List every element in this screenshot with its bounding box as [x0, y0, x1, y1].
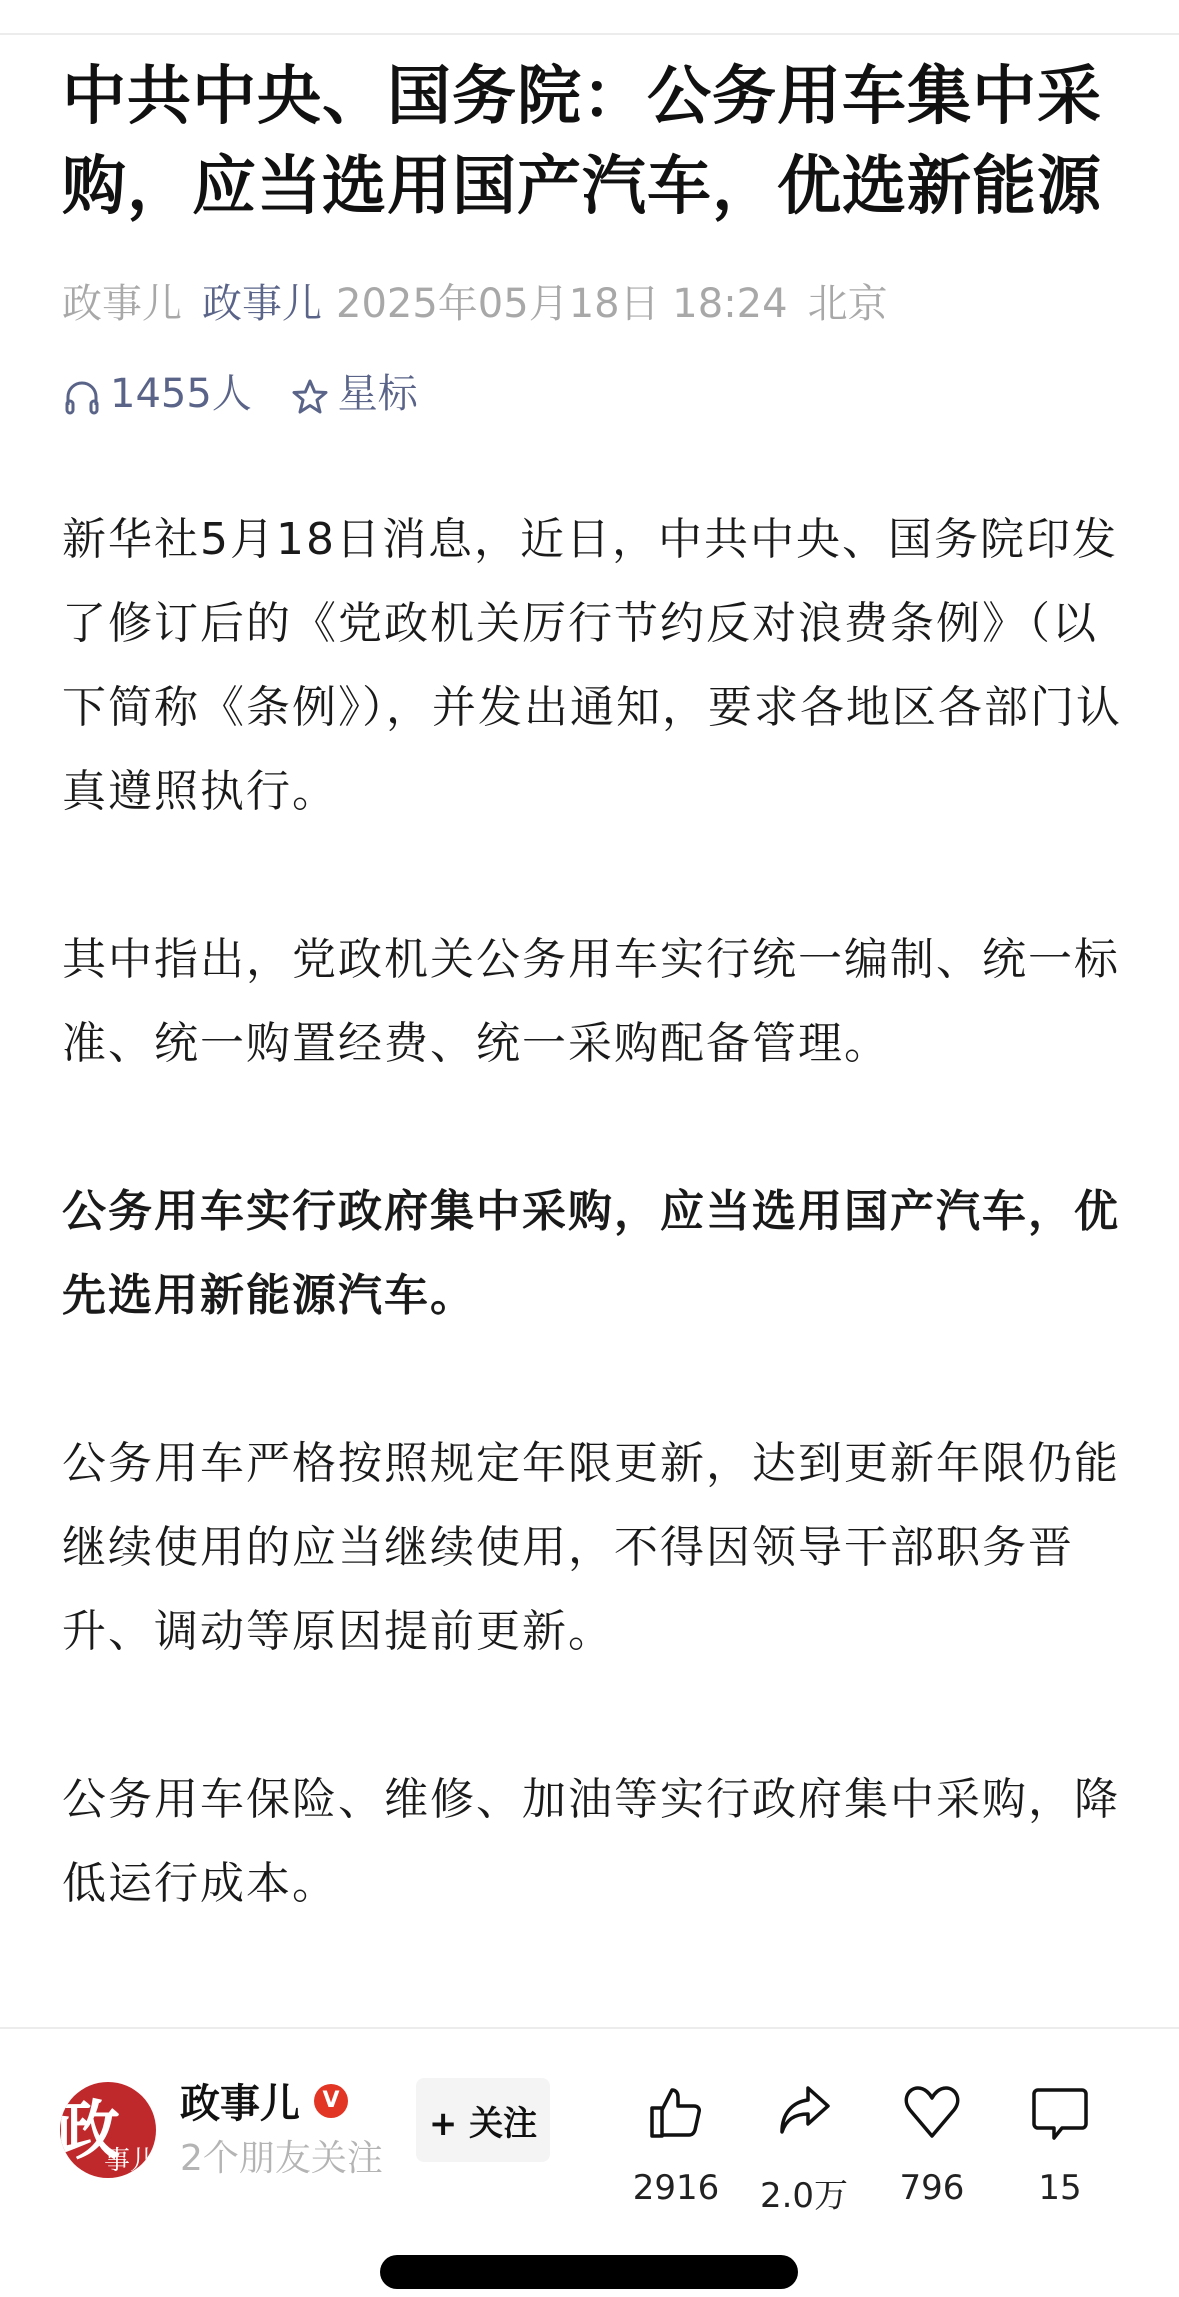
home-indicator[interactable] — [380, 2255, 798, 2289]
author-link[interactable]: 政事儿 — [202, 281, 322, 327]
comment-count: 15 — [1010, 2168, 1110, 2208]
article-body: 新华社5月18日消息，近日，中共中央、国务院印发了修订后的《党政机关厉行节约反对… — [62, 498, 1122, 1926]
like-count: 2916 — [626, 2168, 726, 2208]
footer-divider — [0, 2027, 1179, 2029]
avatar[interactable]: 政 事儿 — [60, 2082, 156, 2178]
comment-icon — [1028, 2080, 1092, 2144]
star-label: 星标 — [338, 364, 418, 424]
listener-count: 1455人 — [110, 364, 252, 424]
favorite-button[interactable]: 796 — [882, 2080, 982, 2208]
source-label: 政事儿 — [62, 281, 182, 327]
heart-icon — [900, 2080, 964, 2144]
account-name[interactable]: 政事儿 V — [180, 2072, 348, 2129]
paragraph: 其中指出，党政机关公务用车实行统一编制、统一标准、统一购置经费、统一采购配备管理… — [62, 918, 1122, 1086]
thumbs-up-icon — [644, 2080, 708, 2144]
top-divider — [0, 33, 1179, 35]
share-count: 2.0万 — [754, 2168, 854, 2217]
article-title: 中共中央、国务院：公务用车集中采购，应当选用国产汽车，优选新能源 — [62, 52, 1122, 232]
avatar-sub-glyph: 事儿 — [104, 2140, 156, 2177]
paragraph: 公务用车保险、维修、加油等实行政府集中采购，降低运行成本。 — [62, 1758, 1122, 1926]
like-button[interactable]: 2916 — [626, 2080, 726, 2208]
article-meta: 政事儿政事儿2025年05月18日 18:24北京 — [62, 274, 1122, 334]
headphones-icon[interactable] — [62, 374, 102, 414]
footer-bar: 政 事儿 政事儿 V 2个朋友关注 + 关注 2916 2.0万 796 15 — [0, 2030, 1179, 2230]
location: 北京 — [808, 281, 888, 327]
paragraph: 公务用车严格按照规定年限更新，达到更新年限仍能继续使用的应当继续使用，不得因领导… — [62, 1422, 1122, 1674]
article: 中共中央、国务院：公务用车集中采购，应当选用国产汽车，优选新能源 政事儿政事儿2… — [62, 52, 1122, 2010]
share-button[interactable]: 2.0万 — [754, 2080, 854, 2217]
verified-badge-icon: V — [314, 2084, 348, 2118]
follow-button[interactable]: + 关注 — [416, 2078, 550, 2162]
star-button[interactable]: 星标 — [290, 364, 418, 424]
friends-following: 2个朋友关注 — [180, 2130, 383, 2181]
publish-time: 2025年05月18日 18:24 — [336, 281, 788, 327]
share-icon — [772, 2080, 836, 2144]
article-stats: 1455人 星标 — [62, 364, 1122, 424]
favorite-count: 796 — [882, 2168, 982, 2208]
star-icon — [290, 374, 330, 414]
comment-button[interactable]: 15 — [1010, 2080, 1110, 2208]
account-name-text: 政事儿 — [180, 2072, 300, 2129]
paragraph-bold: 公务用车实行政府集中采购，应当选用国产汽车，优先选用新能源汽车。 — [62, 1170, 1122, 1338]
paragraph: 新华社5月18日消息，近日，中共中央、国务院印发了修订后的《党政机关厉行节约反对… — [62, 498, 1122, 834]
